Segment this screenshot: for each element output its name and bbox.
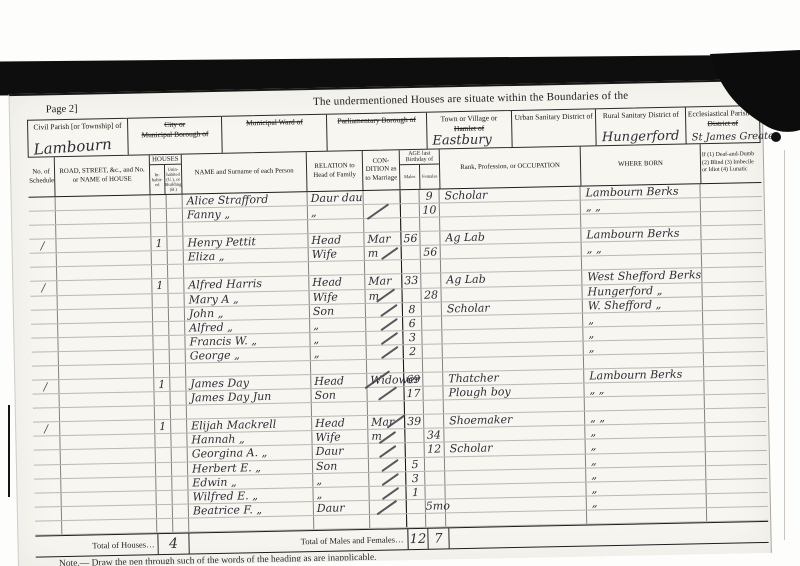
disability-cell xyxy=(707,507,767,521)
age-females-cell xyxy=(423,373,443,386)
civil-parish-value: Lambourn xyxy=(33,135,112,159)
age-males-cell: 39 xyxy=(404,415,424,428)
age-females-cell xyxy=(421,274,441,287)
road-cell xyxy=(56,195,151,210)
uninhabited-cell xyxy=(167,223,183,236)
relation-cell: Head xyxy=(309,275,365,289)
uninhabited-cell xyxy=(173,504,189,517)
road-cell xyxy=(62,519,157,534)
name-cell: Francis W. „ xyxy=(185,333,310,349)
relation-cell: Head xyxy=(308,233,364,247)
relation-cell: Head xyxy=(311,374,367,388)
age-females-cell: 12 xyxy=(425,443,445,456)
schedule-cell xyxy=(34,465,61,479)
disability-cell xyxy=(705,394,765,408)
inhabited-cell xyxy=(154,364,170,377)
ecclesiastical-label-line1: Ecclesiastical Parish or xyxy=(686,108,759,119)
name-col-header: NAME and Surname of each Person xyxy=(182,152,308,194)
uninhabited-cell xyxy=(171,420,187,433)
road-cell xyxy=(56,209,151,224)
inhabited-cell xyxy=(152,251,168,264)
age-females-cell xyxy=(422,302,442,315)
uninhabited-cell xyxy=(172,448,188,461)
road-cell xyxy=(59,364,154,379)
schedule-cell xyxy=(33,408,60,422)
condition-cell: Mar xyxy=(365,275,402,289)
schedule-cell: / xyxy=(33,422,60,436)
municipal-ward-cell: Municipal Ward of xyxy=(222,115,327,153)
road-cell xyxy=(58,322,153,337)
condition-col-header: CON-DITION as to Marriage xyxy=(363,150,401,190)
where-born-col-header: WHERE BORN xyxy=(581,144,702,185)
relation-cell: Son xyxy=(311,388,367,402)
schedule-cell: / xyxy=(29,239,56,253)
where-born-cell xyxy=(582,255,702,270)
inhabited-cell xyxy=(153,322,169,335)
uninhabited-cell xyxy=(170,392,186,405)
where-born-cell: Hungerford „ xyxy=(582,283,702,298)
disability-cell xyxy=(702,253,762,267)
total-houses-value: 4 xyxy=(157,534,189,555)
road-cell xyxy=(57,266,152,281)
relation-cell: „ xyxy=(313,487,369,501)
age-males-cell: 5 xyxy=(405,457,425,470)
schedule-cell xyxy=(29,197,56,211)
age-females-cell xyxy=(423,344,443,357)
age-males-cell: 56 xyxy=(400,232,420,245)
where-born-cell: West Shefford Berks xyxy=(582,269,702,284)
disability-cell xyxy=(704,366,764,380)
females-subheader: Females xyxy=(420,164,439,188)
town-village-value: Eastbury xyxy=(432,132,492,148)
relation-cell: Daur xyxy=(313,444,369,458)
age-females-cell xyxy=(423,358,443,371)
schedule-cell xyxy=(29,225,56,239)
age-females-cell: 10 xyxy=(420,204,440,217)
relation-cell xyxy=(312,402,368,416)
where-born-cell: „ xyxy=(584,339,704,354)
schedule-cell xyxy=(35,507,62,521)
name-cell: James Day xyxy=(186,375,311,391)
disability-cell xyxy=(706,465,766,479)
total-females-value: 7 xyxy=(427,528,449,548)
city-borough-cell: City or Municipal Borough of xyxy=(128,117,223,155)
disability-cell xyxy=(706,479,766,493)
totals-empty-cell xyxy=(449,522,768,548)
disability-cell xyxy=(700,183,760,197)
relation-cell: „ xyxy=(313,473,369,487)
where-born-cell xyxy=(587,508,707,523)
age-males-cell: 2 xyxy=(403,345,423,358)
uninhabited-subheader: Unin-habited (U.), or Building (B.) xyxy=(165,165,182,194)
relation-cell xyxy=(314,515,370,529)
road-cell xyxy=(60,421,155,436)
name-cell: George „ xyxy=(186,347,311,363)
name-cell: Alfred Harris xyxy=(184,277,309,293)
disability-cell xyxy=(701,211,761,225)
disability-cell xyxy=(703,296,763,310)
schedule-cell: / xyxy=(30,282,57,296)
age-females-cell xyxy=(423,387,443,400)
uninhabited-cell xyxy=(171,406,187,419)
age-males-cell xyxy=(403,359,423,372)
inhabited-cell xyxy=(155,392,171,405)
uninhabited-cell xyxy=(173,518,189,531)
age-females-cell xyxy=(422,330,442,343)
inhabited-cell xyxy=(151,209,167,222)
scan-edge-line xyxy=(8,405,10,497)
relation-cell: Wife xyxy=(309,290,365,304)
schedule-cell xyxy=(31,310,58,324)
ecclesiastical-label-line2: District of xyxy=(686,118,759,129)
age-males-cell xyxy=(404,401,424,414)
age-females-cell xyxy=(420,232,440,245)
age-col-header: AGE last Birthday of Males Females xyxy=(400,149,441,189)
inhabited-cell xyxy=(152,265,168,278)
total-males-females-label: Total of Males and Females… xyxy=(189,529,407,553)
disability-cell xyxy=(702,282,762,296)
age-females-cell xyxy=(425,485,445,498)
relation-cell: Son xyxy=(310,304,366,318)
age-males-cell xyxy=(406,500,426,513)
road-cell xyxy=(61,449,156,464)
schedule-cell xyxy=(34,479,61,493)
schedule-col-header: No. of Schedule xyxy=(28,157,56,197)
name-cell: Fanny „ xyxy=(183,206,308,222)
road-cell xyxy=(57,280,152,295)
uninhabited-cell xyxy=(170,349,186,362)
age-females-cell xyxy=(421,260,441,273)
uninhabited-cell xyxy=(169,321,185,334)
relation-cell: „ xyxy=(310,332,366,346)
disability-cell xyxy=(704,338,764,352)
disability-cell xyxy=(704,380,764,394)
relation-cell: Wife xyxy=(309,247,365,261)
where-born-cell: „ „ xyxy=(581,198,701,213)
age-males-cell xyxy=(400,204,420,217)
age-females-cell: 34 xyxy=(424,429,444,442)
name-cell: Hannah „ xyxy=(187,431,312,447)
relation-cell: Daur dau xyxy=(308,191,364,205)
age-males-cell: 17 xyxy=(403,387,423,400)
uninhabited-cell xyxy=(169,293,185,306)
name-cell: Herbert E. „ xyxy=(188,460,313,476)
inhabited-cell xyxy=(156,477,172,490)
age-males-cell xyxy=(399,190,419,203)
uninhabited-cell xyxy=(168,279,184,292)
uninhabited-cell xyxy=(168,265,184,278)
road-cell xyxy=(58,294,153,309)
age-females-cell xyxy=(424,401,444,414)
condition-cell xyxy=(367,359,404,373)
where-born-cell: „ „ xyxy=(582,241,702,256)
name-cell xyxy=(186,361,311,377)
inhabited-cell: 1 xyxy=(152,279,168,292)
schedule-cell xyxy=(30,268,57,282)
age-males-cell: 8 xyxy=(402,302,422,315)
parliamentary-borough-label: Parliamentary Borough of xyxy=(327,115,426,127)
inhabited-cell xyxy=(153,294,169,307)
scanned-census-screenshot: { "page_label": "Page 2]", "banner_title… xyxy=(0,0,800,566)
name-cell: Alice Strafford xyxy=(183,192,308,208)
name-cell: Edwin „ xyxy=(188,474,313,490)
males-subheader: Males xyxy=(400,165,420,189)
disability-cell xyxy=(707,493,767,507)
where-born-cell: Lambourn Berks xyxy=(581,226,701,241)
age-females-cell: 9 xyxy=(419,189,439,202)
ecclesiastical-parish-cell: Ecclesiastical Parish or District of St … xyxy=(686,106,760,143)
name-cell xyxy=(183,220,308,236)
inhabited-cell xyxy=(154,350,170,363)
age-males-cell xyxy=(405,443,425,456)
name-cell xyxy=(189,516,314,532)
road-cell xyxy=(59,350,154,365)
name-cell xyxy=(184,263,309,279)
city-borough-label-line2: Municipal Borough of xyxy=(128,129,222,141)
inhabited-cell xyxy=(153,308,169,321)
civil-parish-cell: Civil Parish [or Township] of Lambourn xyxy=(28,119,128,157)
name-cell: John „ xyxy=(185,305,310,321)
where-born-cell: „ xyxy=(587,494,707,509)
schedule-cell xyxy=(33,437,60,451)
road-cell xyxy=(56,237,151,252)
schedule-cell xyxy=(32,352,59,366)
paper-edge-line xyxy=(784,150,785,540)
where-born-cell: Lambourn Berks xyxy=(584,367,704,382)
schedule-cell xyxy=(31,324,58,338)
road-cell xyxy=(62,505,157,520)
inhabited-cell xyxy=(153,336,169,349)
age-males-cell: 6 xyxy=(402,317,422,330)
uninhabited-cell xyxy=(168,251,184,264)
inhabited-cell xyxy=(156,462,172,475)
name-cell: Wilfred E. „ xyxy=(188,488,313,504)
road-cell xyxy=(57,252,152,267)
where-born-cell: „ xyxy=(583,325,703,340)
age-males-cell xyxy=(401,260,421,273)
schedule-cell xyxy=(29,211,56,225)
houses-col-header: HOUSES In-habit-ed Unin-habited (U.), or… xyxy=(150,155,183,195)
name-cell: Henry Pettit xyxy=(183,234,308,250)
age-males-cell: 3 xyxy=(405,471,425,484)
schedule-cell xyxy=(33,394,60,408)
relation-cell xyxy=(311,360,367,374)
age-females-cell: 56 xyxy=(421,246,441,259)
uninhabited-cell xyxy=(167,237,183,250)
where-born-cell: „ „ xyxy=(585,410,705,425)
relation-cell: Son xyxy=(313,459,369,473)
road-cell xyxy=(60,392,155,407)
parliamentary-borough-cell: Parliamentary Borough of xyxy=(327,113,427,151)
condition-cell xyxy=(368,401,405,415)
name-cell: James Day Jun xyxy=(186,389,311,405)
disability-cell xyxy=(706,451,766,465)
inhabited-cell xyxy=(155,406,171,419)
road-col-header: ROAD, STREET, &c., and No. or NAME of HO… xyxy=(55,155,151,196)
age-males-cell xyxy=(400,218,420,231)
uninhabited-cell xyxy=(170,364,186,377)
relation-cell: „ xyxy=(311,346,367,360)
age-males-cell xyxy=(404,429,424,442)
name-cell xyxy=(187,403,312,419)
age-females-cell: 5mo xyxy=(426,499,446,512)
age-females-cell xyxy=(422,316,442,329)
road-cell xyxy=(60,435,155,450)
disability-col-header: If (1) Deaf-and-Dumb (2) Blind (3) Imbec… xyxy=(701,143,762,183)
age-group-title: AGE last Birthday of xyxy=(400,149,439,165)
age-females-cell xyxy=(425,471,445,484)
where-born-cell: „ xyxy=(586,466,706,481)
age-females-cell: 28 xyxy=(421,288,441,301)
disability-cell xyxy=(703,310,763,324)
uninhabited-cell xyxy=(172,462,188,475)
where-born-cell xyxy=(584,353,704,368)
name-cell: Alfred „ xyxy=(185,319,310,335)
condition-cell xyxy=(364,218,401,232)
inhabited-cell xyxy=(157,519,173,532)
census-page: Page 2] The undermentioned Houses are si… xyxy=(8,79,771,566)
census-table-body: Alice Strafford Daur dau 9 Scholar Lambo… xyxy=(29,183,769,536)
disability-cell xyxy=(703,324,763,338)
uninhabited-cell xyxy=(167,209,183,222)
where-born-cell: „ xyxy=(586,452,706,467)
name-cell: Eliza „ xyxy=(184,248,309,264)
relation-col-header: RELATION to Head of Family xyxy=(307,151,364,191)
disability-cell xyxy=(701,225,761,239)
uninhabited-cell xyxy=(170,378,186,391)
road-cell xyxy=(58,336,153,351)
age-males-cell: 69 xyxy=(403,373,423,386)
inhabited-cell: 1 xyxy=(151,237,167,250)
name-cell: Beatrice F. „ xyxy=(189,502,314,518)
road-cell xyxy=(58,308,153,323)
where-born-cell: Lambourn Berks xyxy=(580,184,700,199)
condition-cell xyxy=(370,514,407,528)
road-cell xyxy=(56,223,151,238)
condition-cell xyxy=(364,190,401,204)
age-males-cell xyxy=(406,514,426,527)
disability-cell xyxy=(701,197,761,211)
disability-cell xyxy=(702,239,762,253)
uninhabited-cell xyxy=(169,335,185,348)
condition-cell: Mar xyxy=(364,232,401,246)
road-cell xyxy=(59,378,154,393)
disability-cell xyxy=(704,352,764,366)
inhabited-cell xyxy=(155,434,171,447)
name-cell: Elijah Mackrell xyxy=(187,417,312,433)
municipal-ward-label: Municipal Ward of xyxy=(222,117,326,129)
road-cell xyxy=(60,406,155,421)
rural-sanitary-label: Rural Sanitary District of xyxy=(596,110,685,122)
road-cell xyxy=(61,477,156,492)
age-males-cell: 1 xyxy=(405,486,425,499)
relation-cell: Wife xyxy=(312,430,368,444)
where-born-cell xyxy=(581,212,701,227)
road-cell xyxy=(62,491,157,506)
schedule-cell xyxy=(30,253,57,267)
urban-sanitary-cell: Urban Sanitary District of xyxy=(512,109,597,147)
where-born-cell: „ „ xyxy=(584,381,704,396)
where-born-cell: „ xyxy=(586,438,706,453)
inhabited-cell: 1 xyxy=(155,420,171,433)
relation-cell xyxy=(309,261,365,275)
name-cell: Georgina A. „ xyxy=(188,446,313,462)
civil-parish-label: Civil Parish [or Township] of xyxy=(28,121,127,133)
schedule-cell xyxy=(34,451,61,465)
relation-cell xyxy=(308,219,364,233)
urban-sanitary-label: Urban Sanitary District of xyxy=(512,111,596,122)
condition-cell xyxy=(365,261,402,275)
where-born-cell: „ xyxy=(583,311,703,326)
rural-sanitary-cell: Rural Sanitary District of Hungerford xyxy=(596,107,686,145)
age-females-cell xyxy=(426,513,446,526)
schedule-cell xyxy=(32,366,59,380)
inhabited-subheader: In-habit-ed xyxy=(150,165,166,194)
age-females-cell xyxy=(425,457,445,470)
age-females-cell xyxy=(420,218,440,231)
rural-sanitary-value: Hungerford xyxy=(602,129,680,146)
total-males-value: 12 xyxy=(407,529,427,549)
occupation-col-header: Rank, Profession, or OCCUPATION xyxy=(440,147,582,189)
schedule-cell xyxy=(31,338,58,352)
age-males-cell xyxy=(401,288,421,301)
inhabited-cell xyxy=(151,223,167,236)
total-houses-label: Total of Houses… xyxy=(35,534,157,556)
schedule-cell: / xyxy=(32,380,59,394)
relation-cell: „ xyxy=(310,318,366,332)
relation-cell: „ xyxy=(308,205,364,219)
uninhabited-cell xyxy=(172,490,188,503)
inhabited-cell xyxy=(157,505,173,518)
houses-group-title: HOUSES xyxy=(150,155,181,166)
disability-cell xyxy=(705,422,765,436)
uninhabited-cell xyxy=(169,307,185,320)
schedule-cell xyxy=(31,296,58,310)
schedule-cell xyxy=(35,521,62,535)
inhabited-cell xyxy=(156,448,172,461)
uninhabited-cell xyxy=(167,195,183,208)
ecclesiastical-value: St James Greater xyxy=(692,131,779,144)
age-males-cell: 33 xyxy=(401,274,421,287)
road-cell xyxy=(61,463,156,478)
inhabited-cell xyxy=(156,491,172,504)
where-born-cell: „ xyxy=(586,480,706,495)
schedule-cell xyxy=(35,493,62,507)
uninhabited-cell xyxy=(171,434,187,447)
where-born-cell: „ xyxy=(585,424,705,439)
where-born-cell: W. Shefford „ xyxy=(583,297,703,312)
age-males-cell xyxy=(401,246,421,259)
age-females-cell xyxy=(424,415,444,428)
disability-cell xyxy=(705,408,765,422)
disability-cell xyxy=(702,267,762,281)
relation-cell: Head xyxy=(312,416,368,430)
where-born-cell xyxy=(585,395,705,410)
town-village-cell: Town or Village or Hamlet of Eastbury xyxy=(427,111,512,149)
disability-cell xyxy=(706,436,766,450)
inhabited-cell: 1 xyxy=(154,378,170,391)
relation-cell: Daur xyxy=(314,501,370,515)
age-males-cell: 3 xyxy=(402,331,422,344)
inhabited-cell xyxy=(151,195,167,208)
uninhabited-cell xyxy=(172,476,188,489)
name-cell: Mary A „ xyxy=(185,291,310,307)
